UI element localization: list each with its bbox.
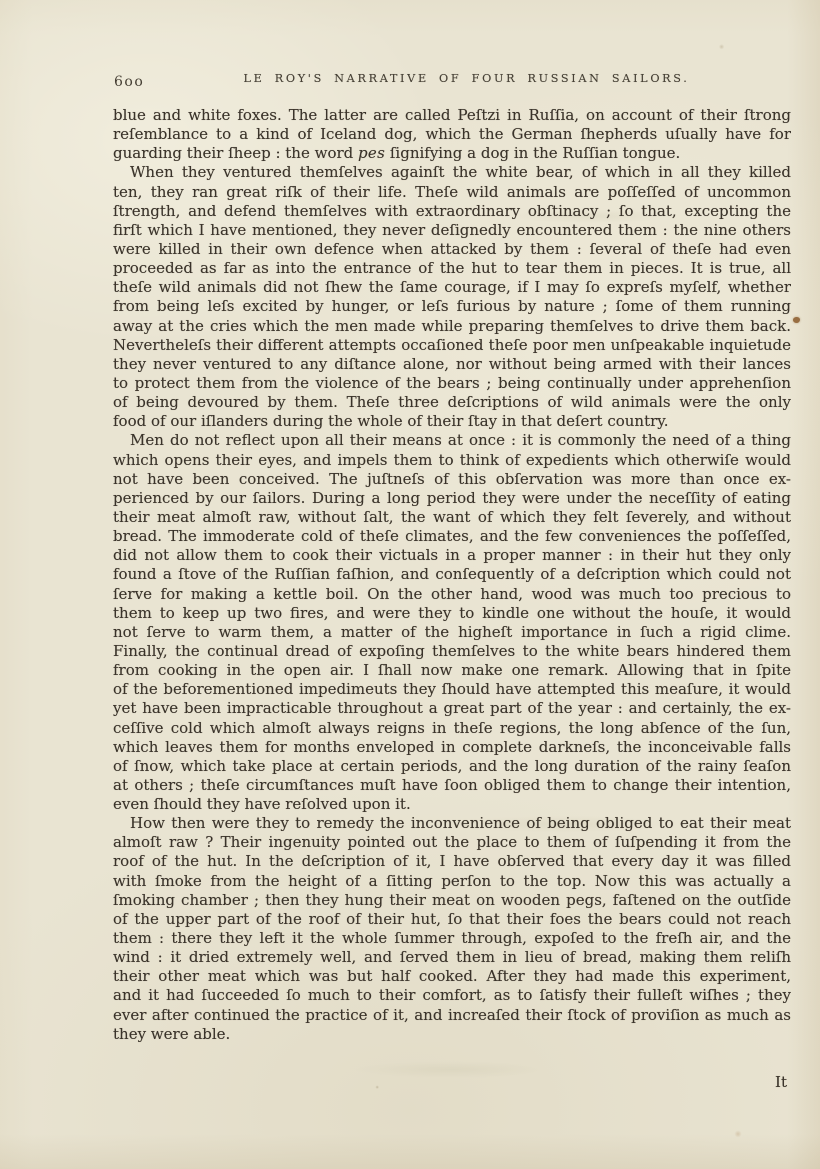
text-line: bread. The immoderate cold of theſe clim…	[113, 527, 791, 546]
catchword: It	[775, 1073, 787, 1091]
text-line: them : there they left it the whole ſumm…	[113, 929, 791, 948]
text-line: guarding their ſheep : the word pes ſign…	[113, 144, 791, 163]
text-line: almoſt raw ? Their ingenuity pointed out…	[113, 833, 791, 852]
text-line: ſtrength, and defend themſelves with ext…	[113, 202, 791, 221]
text-line: they never ventured to any diſtance alon…	[113, 355, 791, 374]
text-line: were killed in their own defence when at…	[113, 240, 791, 259]
text-line: ſmoking chamber ; then they hung their m…	[113, 891, 791, 910]
text-line: theſe wild animals did not ſhew the ſame…	[113, 278, 791, 297]
text-line: When they ventured themſelves againſt th…	[113, 163, 791, 182]
ink-fleck-icon	[793, 317, 800, 323]
text-line: proceeded as far as into the entrance of…	[113, 259, 791, 278]
text-line: to protect them from the violence of the…	[113, 374, 791, 393]
text-line: them to keep up two fires, and were they…	[113, 604, 791, 623]
running-header-title: LE ROY'S NARRATIVE OF FOUR RUSSIAN SAILO…	[113, 72, 790, 85]
text-line: their meat almoſt raw, without ſalt, the…	[113, 508, 791, 527]
text-line: ten, they ran great riſk of their life. …	[113, 183, 791, 202]
text-line: from cooking in the open air. I ſhall no…	[113, 661, 791, 680]
text-line: even ſhould they have reſolved upon it.	[113, 795, 791, 814]
text-line: and it had ſucceeded ſo much to their co…	[113, 986, 791, 1005]
text-line: their other meat which was but half cook…	[113, 967, 791, 986]
text-line: reſemblance to a kind of Iceland dog, wh…	[113, 125, 791, 144]
text-line: from being leſs excited by hunger, or le…	[113, 297, 791, 316]
text-line: not have been conceived. The juſtneſs of…	[113, 470, 791, 489]
text-line: away at the cries which the men made whi…	[113, 317, 791, 336]
text-line: with ſmoke from the height of a ſitting …	[113, 872, 791, 891]
text-line: wind : it dried extremely well, and ſerv…	[113, 948, 791, 967]
text-line: did not allow them to cook their victual…	[113, 546, 791, 565]
text-line: How then were they to remedy the inconve…	[113, 814, 791, 833]
text-line: of the upper part of the roof of their h…	[113, 910, 791, 929]
text-line: Men do not reflect upon all their means …	[113, 431, 791, 450]
text-line: roof of the hut. In the deſcription of i…	[113, 852, 791, 871]
page-header: 6oo LE ROY'S NARRATIVE OF FOUR RUSSIAN S…	[113, 72, 790, 92]
text-line: of being devoured by them. Theſe three d…	[113, 393, 791, 412]
text-line: of ſnow, which take place at certain per…	[113, 757, 791, 776]
text-line: Finally, the continual dread of expoſing…	[113, 642, 791, 661]
text-line: ſerve for making a kettle boil. On the o…	[113, 585, 791, 604]
text-line: ceſſive cold which almoſt always reigns …	[113, 719, 791, 738]
text-block: blue and white foxes. The latter are cal…	[113, 106, 791, 1044]
book-page: 6oo LE ROY'S NARRATIVE OF FOUR RUSSIAN S…	[0, 0, 820, 1169]
text-line: of the beforementioned impedimeuts they …	[113, 680, 791, 699]
text-line: not ſerve to warm them, a matter of the …	[113, 623, 791, 642]
text-line: blue and white foxes. The latter are cal…	[113, 106, 791, 125]
text-line: food of our iſlanders during the whole o…	[113, 412, 791, 431]
text-line: yet have been impracticable throughout a…	[113, 699, 791, 718]
text-line: Nevertheleſs their different attempts oc…	[113, 336, 791, 355]
text-line: perienced by our ſailors. During a long …	[113, 489, 791, 508]
text-line: which opens their eyes, and impels them …	[113, 451, 791, 470]
page-number: 6oo	[114, 74, 144, 90]
text-line: they were able.	[113, 1025, 791, 1044]
text-line: at others ; theſe circumſtances muſt hav…	[113, 776, 791, 795]
text-line: firſt which I have mentioned, they never…	[113, 221, 791, 240]
text-line: found a ſtove of the Ruſſian faſhion, an…	[113, 565, 791, 584]
text-line: ever after continued the practice of it,…	[113, 1006, 791, 1025]
text-line: which leaves them for months enveloped i…	[113, 738, 791, 757]
